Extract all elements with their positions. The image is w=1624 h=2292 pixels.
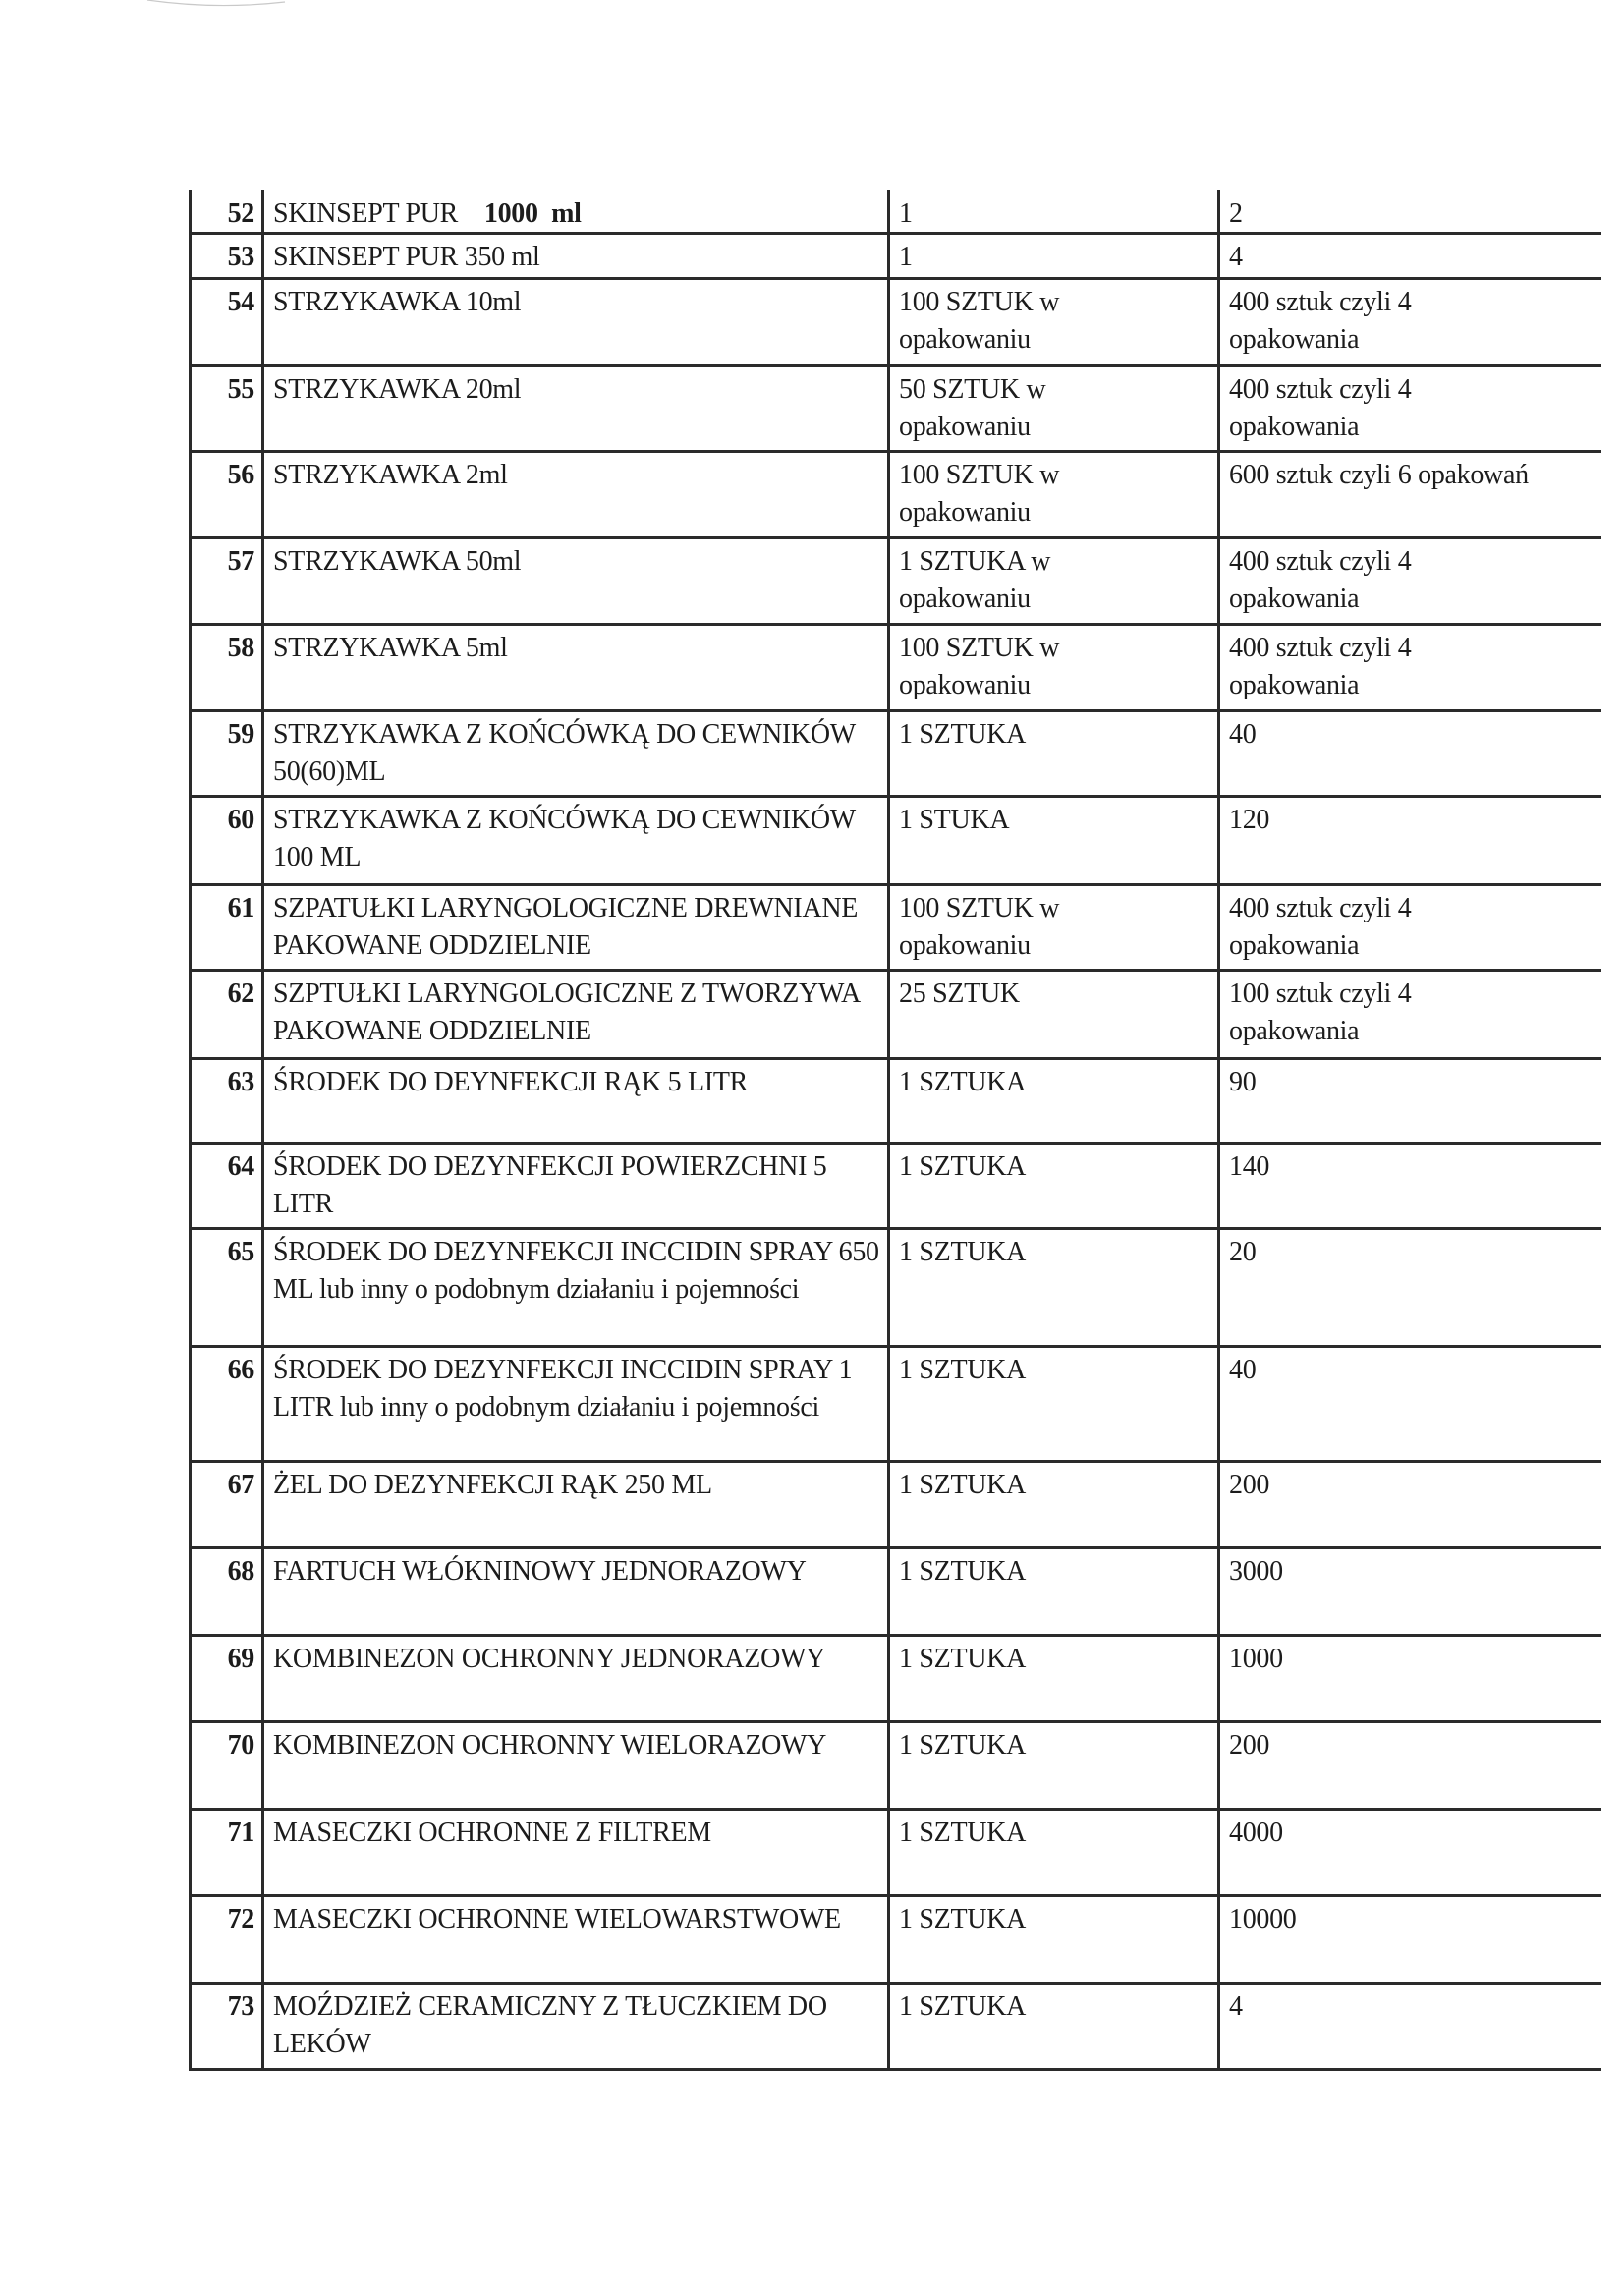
row-divider <box>190 883 1601 886</box>
item-description: MOŹDZIEŻ CERAMICZNY Z TŁUCZKIEM DO LEKÓW <box>273 1988 882 2063</box>
row-divider <box>190 1345 1601 1348</box>
item-quantity: 20 <box>1229 1234 1602 1271</box>
row-divider <box>190 277 1601 280</box>
row-divider <box>190 1720 1601 1723</box>
column-divider-quantity <box>1217 190 1220 2071</box>
item-description: SKINSEPT PUR 1000 ml <box>273 196 882 233</box>
row-divider <box>190 1894 1601 1897</box>
table-row: 61SZPATUŁKI LARYNGOLOGICZNE DREWNIANE PA… <box>190 884 1601 970</box>
item-number: 58 <box>190 630 254 667</box>
table-row: 60STRZYKAWKA Z KOŃCÓWKĄ DO CEWNIKÓW 100 … <box>190 796 1601 884</box>
item-quantity: 140 <box>1229 1148 1602 1186</box>
item-unit: 1 <box>899 196 1213 233</box>
table-row: 57STRZYKAWKA 50ml 1 SZTUKA w opakowaniu4… <box>190 537 1601 624</box>
item-quantity: 200 <box>1229 1727 1602 1764</box>
table-row: 68FARTUCH WŁÓKNINOWY JEDNORAZOWY1 SZTUKA… <box>190 1547 1601 1635</box>
table-row: 58STRZYKAWKA 5ml100 SZTUK w opakowaniu40… <box>190 624 1601 710</box>
item-number: 72 <box>190 1901 254 1938</box>
item-unit: 25 SZTUK <box>899 976 1213 1013</box>
item-description-volume: 1000 ml <box>458 198 582 229</box>
item-quantity: 600 sztuk czyli 6 opakowań <box>1229 457 1602 494</box>
table-row: 69KOMBINEZON OCHRONNY JEDNORAZOWY1 SZTUK… <box>190 1635 1601 1721</box>
table-row: 53SKINSEPT PUR 350 ml14 <box>190 233 1601 278</box>
item-quantity: 4 <box>1229 239 1602 276</box>
item-quantity: 400 sztuk czyli 4 opakowania <box>1229 630 1602 704</box>
item-unit: 1 SZTUKA <box>899 1234 1213 1271</box>
item-unit: 1 SZTUKA <box>899 716 1213 754</box>
item-description: STRZYKAWKA 5ml <box>273 630 882 667</box>
item-quantity: 200 <box>1229 1467 1602 1504</box>
table-row: 66ŚRODEK DO DEZYNFEKCJI INCCIDIN SPRAY 1… <box>190 1346 1601 1461</box>
item-number: 59 <box>190 716 254 754</box>
item-description: ŚRODEK DO DEZYNFEKCJI INCCIDIN SPRAY 1 L… <box>273 1352 882 1426</box>
item-quantity: 90 <box>1229 1064 1602 1101</box>
item-description: ŚRODEK DO DEZYNFEKCJI POWIERZCHNI 5 LITR <box>273 1148 882 1223</box>
item-quantity: 400 sztuk czyli 4 opakowania <box>1229 284 1602 359</box>
item-number: 54 <box>190 284 254 321</box>
item-unit: 100 SZTUK w opakowaniu <box>899 890 1213 965</box>
item-number: 66 <box>190 1352 254 1389</box>
row-divider <box>190 364 1601 367</box>
item-description: MASECZKI OCHRONNE WIELOWARSTWOWE <box>273 1901 882 1938</box>
item-number: 61 <box>190 890 254 927</box>
table-row: 59STRZYKAWKA Z KOŃCÓWKĄ DO CEWNIKÓW 50(6… <box>190 710 1601 796</box>
item-description: STRZYKAWKA Z KOŃCÓWKĄ DO CEWNIKÓW 100 ML <box>273 802 882 876</box>
items-table: 52SKINSEPT PUR 1000 ml1253SKINSEPT PUR 3… <box>0 0 1624 2292</box>
item-unit: 1 STUKA <box>899 802 1213 839</box>
item-quantity: 2 <box>1229 196 1602 233</box>
row-divider <box>190 709 1601 712</box>
table-bottom-border <box>190 2068 1601 2071</box>
table-row: 71MASECZKI OCHRONNE Z FILTREM1 SZTUKA400… <box>190 1809 1601 1895</box>
item-quantity: 120 <box>1229 802 1602 839</box>
item-description: SZPTUŁKI LARYNGOLOGICZNE Z TWORZYWA PAKO… <box>273 976 882 1050</box>
row-divider <box>190 1057 1601 1060</box>
item-quantity: 400 sztuk czyli 4 opakowania <box>1229 543 1602 618</box>
item-quantity: 40 <box>1229 716 1602 754</box>
item-description: KOMBINEZON OCHRONNY JEDNORAZOWY <box>273 1641 882 1678</box>
table-left-border <box>189 190 192 2071</box>
item-description: ŻEL DO DEZYNFEKCJI RĄK 250 ML <box>273 1467 882 1504</box>
item-number: 55 <box>190 371 254 409</box>
row-divider <box>190 969 1601 972</box>
table-row: 65ŚRODEK DO DEZYNFEKCJI INCCIDIN SPRAY 6… <box>190 1228 1601 1346</box>
item-number: 63 <box>190 1064 254 1101</box>
item-description: STRZYKAWKA Z KOŃCÓWKĄ DO CEWNIKÓW 50(60)… <box>273 716 882 791</box>
item-unit: 100 SZTUK w opakowaniu <box>899 284 1213 359</box>
item-number: 65 <box>190 1234 254 1271</box>
table-row: 63ŚRODEK DO DEYNFEKCJI RĄK 5 LITR1 SZTUK… <box>190 1058 1601 1143</box>
item-number: 70 <box>190 1727 254 1764</box>
row-divider <box>190 1460 1601 1463</box>
item-unit: 1 SZTUKA <box>899 1641 1213 1678</box>
item-unit: 1 SZTUKA <box>899 1553 1213 1591</box>
item-quantity: 400 sztuk czyli 4 opakowania <box>1229 371 1602 446</box>
item-number: 52 <box>190 196 254 233</box>
row-divider <box>190 232 1601 235</box>
row-divider <box>190 1546 1601 1549</box>
table-row: 62SZPTUŁKI LARYNGOLOGICZNE Z TWORZYWA PA… <box>190 970 1601 1058</box>
item-unit: 1 SZTUKA w opakowaniu <box>899 543 1213 618</box>
table-row: 70KOMBINEZON OCHRONNY WIELORAZOWY1 SZTUK… <box>190 1721 1601 1809</box>
item-number: 64 <box>190 1148 254 1186</box>
item-description: KOMBINEZON OCHRONNY WIELORAZOWY <box>273 1727 882 1764</box>
table-row: 67ŻEL DO DEZYNFEKCJI RĄK 250 ML1 SZTUKA2… <box>190 1461 1601 1547</box>
item-number: 56 <box>190 457 254 494</box>
row-divider <box>190 1982 1601 1985</box>
item-description: SZPATUŁKI LARYNGOLOGICZNE DREWNIANE PAKO… <box>273 890 882 965</box>
item-number: 53 <box>190 239 254 276</box>
item-unit: 1 SZTUKA <box>899 1148 1213 1186</box>
item-unit: 1 SZTUKA <box>899 1901 1213 1938</box>
row-divider <box>190 1227 1601 1230</box>
item-quantity: 1000 <box>1229 1641 1602 1678</box>
item-number: 69 <box>190 1641 254 1678</box>
item-number: 62 <box>190 976 254 1013</box>
column-divider-number <box>261 190 264 2071</box>
item-quantity: 10000 <box>1229 1901 1602 1938</box>
item-quantity: 4000 <box>1229 1815 1602 1852</box>
item-number: 57 <box>190 543 254 581</box>
item-unit: 1 SZTUKA <box>899 1467 1213 1504</box>
item-description: FARTUCH WŁÓKNINOWY JEDNORAZOWY <box>273 1553 882 1591</box>
item-description: STRZYKAWKA 20ml <box>273 371 882 409</box>
item-description: ŚRODEK DO DEZYNFEKCJI INCCIDIN SPRAY 650… <box>273 1234 882 1309</box>
item-unit: 100 SZTUK w opakowaniu <box>899 457 1213 531</box>
item-description: SKINSEPT PUR 350 ml <box>273 239 882 276</box>
item-number: 60 <box>190 802 254 839</box>
item-quantity: 100 sztuk czyli 4 opakowania <box>1229 976 1602 1050</box>
item-unit: 1 SZTUKA <box>899 1352 1213 1389</box>
item-description: STRZYKAWKA 10ml <box>273 284 882 321</box>
item-quantity: 3000 <box>1229 1553 1602 1591</box>
row-divider <box>190 450 1601 453</box>
item-quantity: 4 <box>1229 1988 1602 2026</box>
table-row: 73MOŹDZIEŻ CERAMICZNY Z TŁUCZKIEM DO LEK… <box>190 1983 1601 2069</box>
table-row: 56STRZYKAWKA 2ml100 SZTUK w opakowaniu60… <box>190 451 1601 537</box>
table-row: 52SKINSEPT PUR 1000 ml12 <box>190 190 1601 233</box>
item-quantity: 400 sztuk czyli 4 opakowania <box>1229 890 1602 965</box>
item-unit: 1 SZTUKA <box>899 1988 1213 2026</box>
item-number: 71 <box>190 1815 254 1852</box>
item-unit: 1 <box>899 239 1213 276</box>
table-row: 72MASECZKI OCHRONNE WIELOWARSTWOWE1 SZTU… <box>190 1895 1601 1983</box>
row-divider <box>190 623 1601 626</box>
item-quantity: 40 <box>1229 1352 1602 1389</box>
item-number: 67 <box>190 1467 254 1504</box>
item-description: MASECZKI OCHRONNE Z FILTREM <box>273 1815 882 1852</box>
column-divider-unit <box>887 190 890 2071</box>
row-divider <box>190 1808 1601 1811</box>
item-unit: 1 SZTUKA <box>899 1727 1213 1764</box>
table-row: 55STRZYKAWKA 20ml 50 SZTUK w opakowaniu4… <box>190 365 1601 451</box>
row-divider <box>190 1634 1601 1637</box>
item-unit: 1 SZTUKA <box>899 1064 1213 1101</box>
item-number: 68 <box>190 1553 254 1591</box>
item-unit: 50 SZTUK w opakowaniu <box>899 371 1213 446</box>
item-number: 73 <box>190 1988 254 2026</box>
item-unit: 1 SZTUKA <box>899 1815 1213 1852</box>
item-description: ŚRODEK DO DEYNFEKCJI RĄK 5 LITR <box>273 1064 882 1101</box>
table-row: 54STRZYKAWKA 10ml100 SZTUK w opakowaniu4… <box>190 278 1601 365</box>
row-divider <box>190 1142 1601 1145</box>
row-divider <box>190 536 1601 539</box>
table-row: 64ŚRODEK DO DEZYNFEKCJI POWIERZCHNI 5 LI… <box>190 1143 1601 1228</box>
item-description: STRZYKAWKA 2ml <box>273 457 882 494</box>
item-description: STRZYKAWKA 50ml <box>273 543 882 581</box>
row-divider <box>190 795 1601 798</box>
item-unit: 100 SZTUK w opakowaniu <box>899 630 1213 704</box>
